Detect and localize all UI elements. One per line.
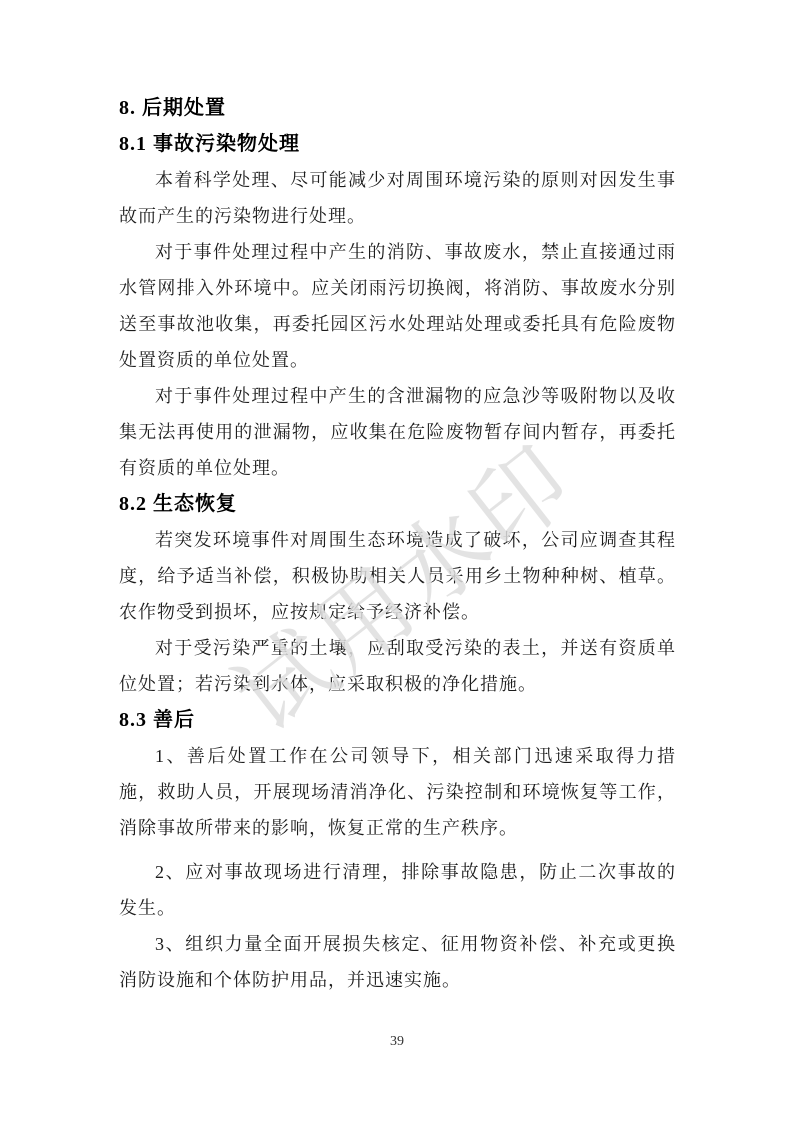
paragraph: 对于事件处理过程中产生的含泄漏物的应急沙等吸附物以及收集无法再使用的泄漏物，应收… [119, 378, 676, 486]
paragraph: 对于事件处理过程中产生的消防、事故废水，禁止直接通过雨水管网排入外环境中。应关闭… [119, 234, 676, 378]
page-number: 39 [390, 1034, 404, 1049]
paragraph: 1、善后处置工作在公司领导下，相关部门迅速采取得力措施，救助人员，开展现场清消净… [119, 738, 676, 846]
paragraph: 本着科学处理、尽可能减少对周围环境污染的原则对因发生事故而产生的污染物进行处理。 [119, 162, 676, 234]
page-footer: 39 [0, 1032, 794, 1050]
paragraph: 3、组织力量全面开展损失核定、征用物资补偿、补充或更换消防设施和个体防护用品，并… [119, 926, 676, 998]
chapter-heading: 8. 后期处置 [119, 90, 676, 126]
section-heading-8-1: 8.1 事故污染物处理 [119, 126, 676, 162]
section-heading-8-3: 8.3 善后 [119, 702, 676, 738]
paragraph: 2、应对事故现场进行清理，排除事故隐患，防止二次事故的发生。 [119, 854, 676, 926]
document-page: 试用水印 8. 后期处置 8.1 事故污染物处理 本着科学处理、尽可能减少对周围… [0, 0, 794, 1123]
